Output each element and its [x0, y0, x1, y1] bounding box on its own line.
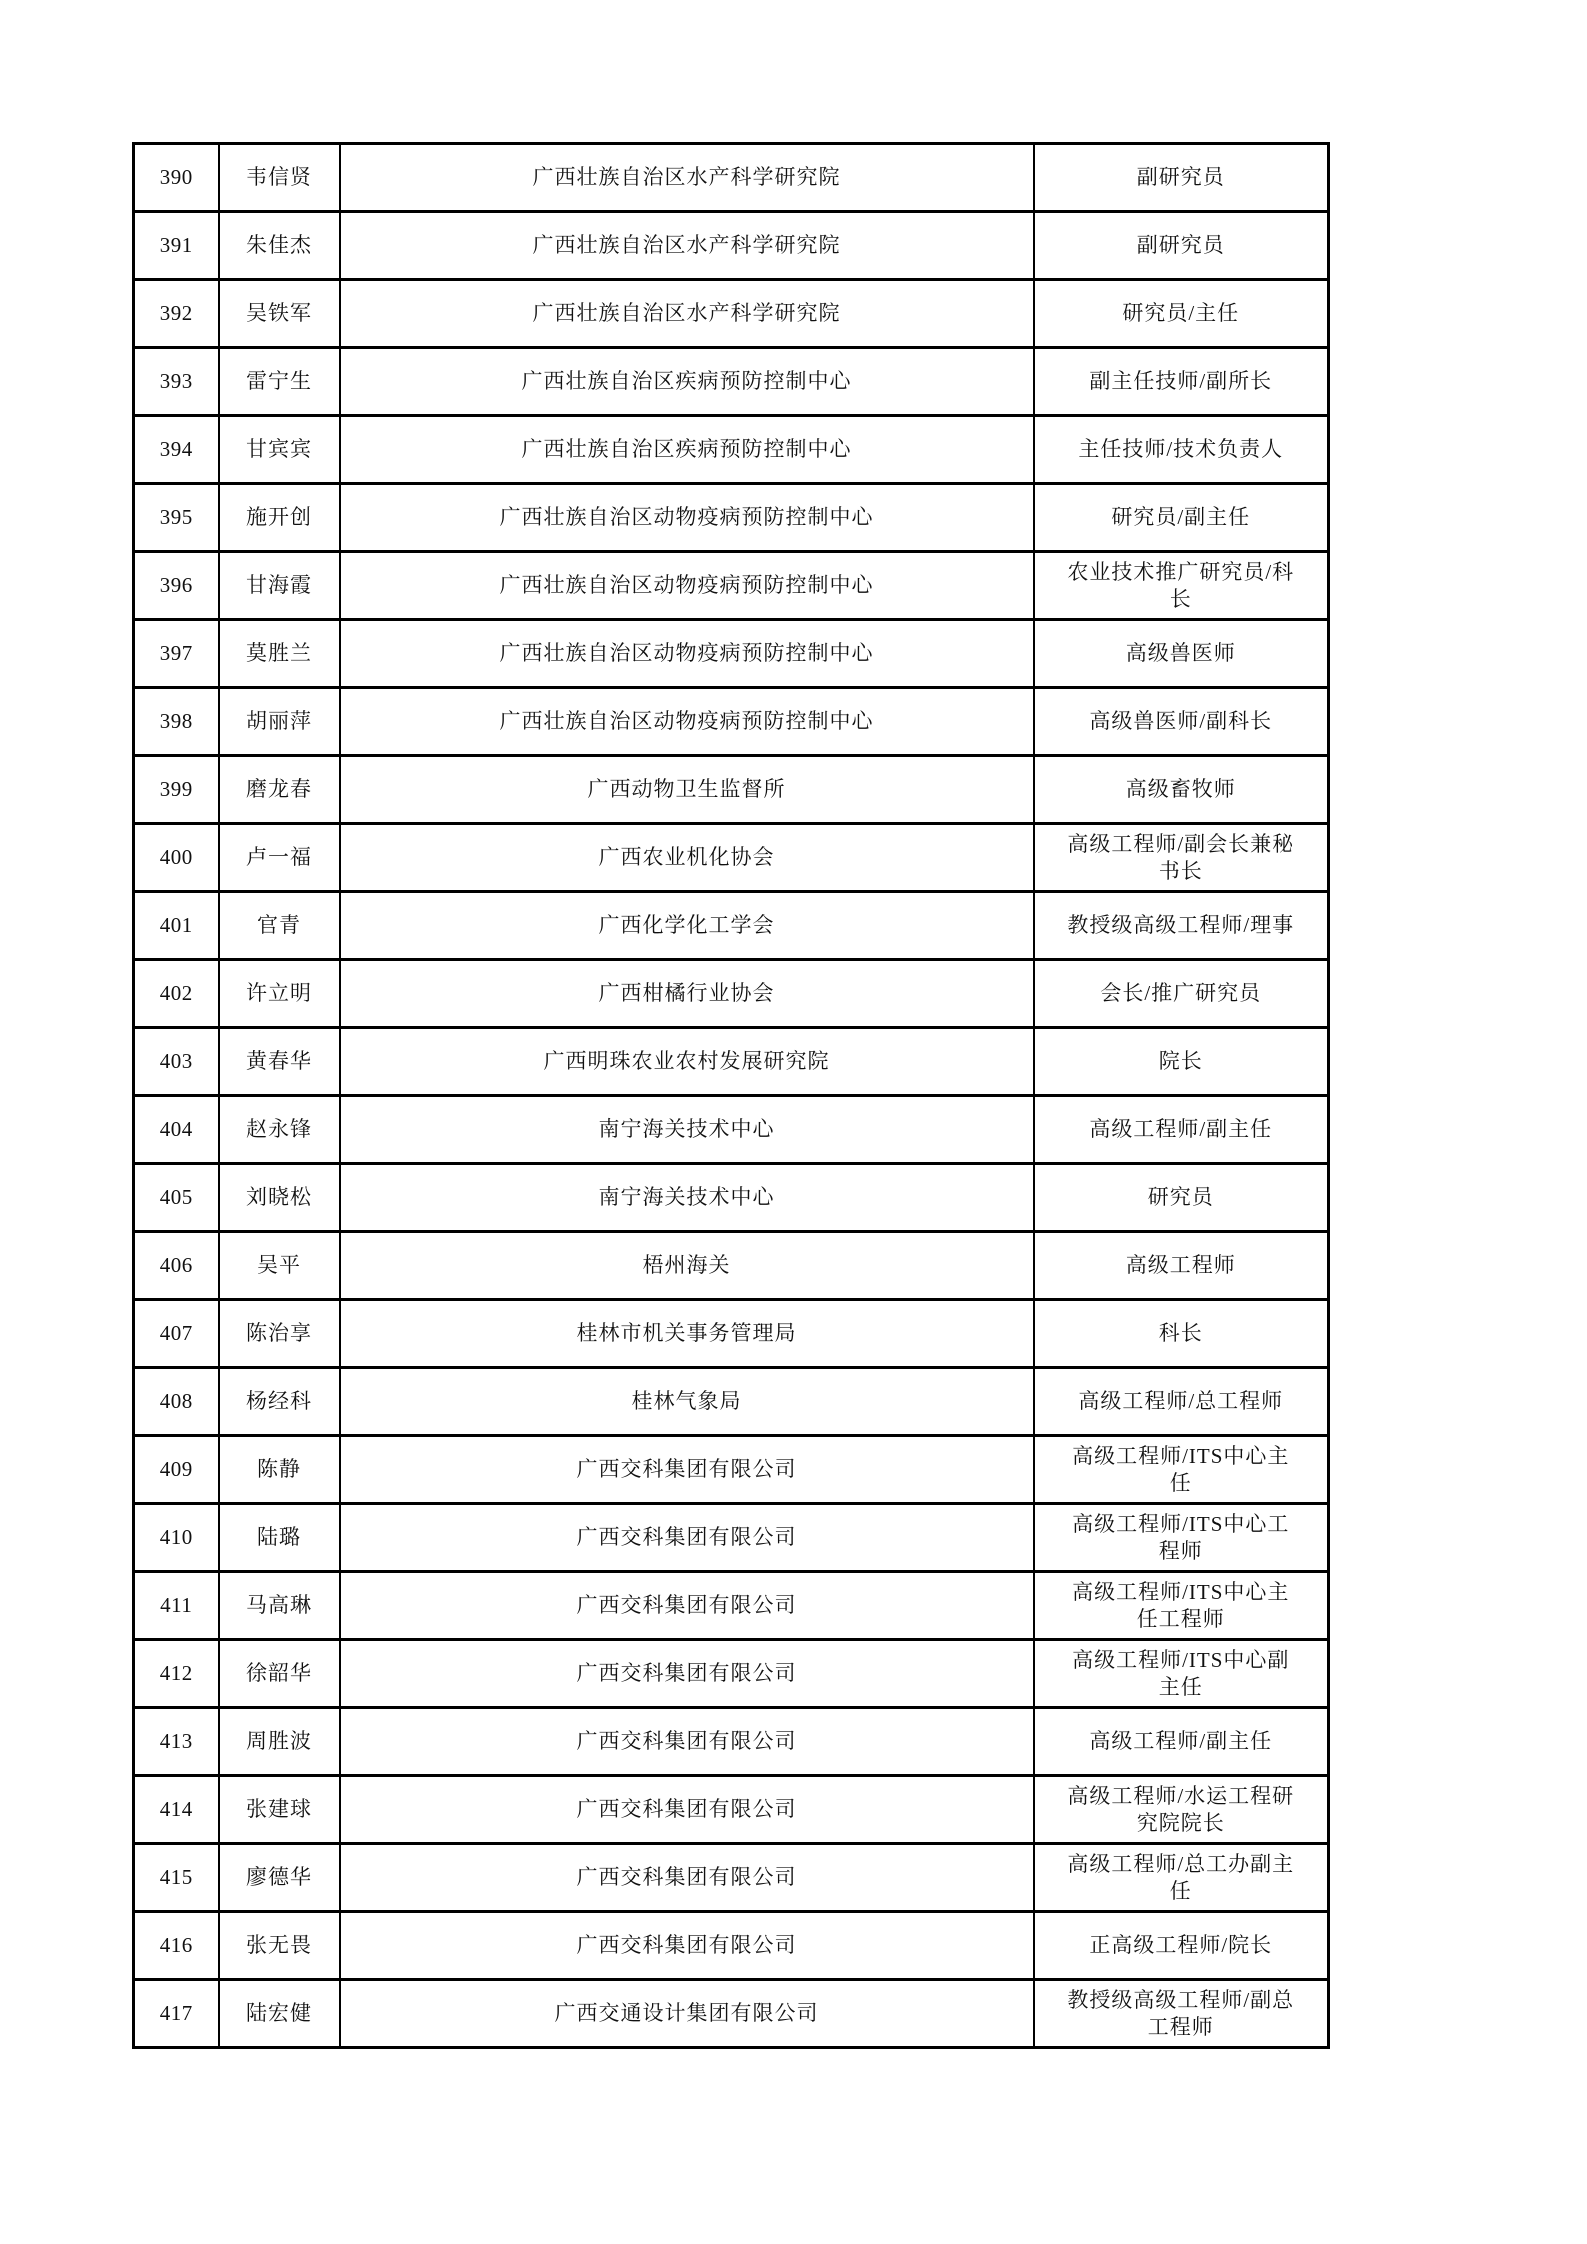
row-number-cell: 404 [134, 1096, 219, 1164]
name-cell: 官青 [219, 892, 340, 960]
title-cell: 高级工程师/副会长兼秘书长 [1034, 824, 1329, 892]
row-number-cell: 390 [134, 144, 219, 212]
title-cell: 教授级高级工程师/副总工程师 [1034, 1980, 1329, 2048]
organization-cell: 广西交科集团有限公司 [340, 1912, 1034, 1980]
row-number-cell: 395 [134, 484, 219, 552]
table-row: 395施开创广西壮族自治区动物疫病预防控制中心研究员/副主任 [134, 484, 1329, 552]
title-cell: 高级工程师/总工程师 [1034, 1368, 1329, 1436]
row-number-cell: 392 [134, 280, 219, 348]
table-row: 390韦信贤广西壮族自治区水产科学研究院副研究员 [134, 144, 1329, 212]
name-cell: 吴平 [219, 1232, 340, 1300]
name-cell: 陈静 [219, 1436, 340, 1504]
table-row: 397莫胜兰广西壮族自治区动物疫病预防控制中心高级兽医师 [134, 620, 1329, 688]
table-row: 415廖德华广西交科集团有限公司高级工程师/总工办副主任 [134, 1844, 1329, 1912]
name-cell: 雷宁生 [219, 348, 340, 416]
table-row: 394甘宾宾广西壮族自治区疾病预防控制中心主任技师/技术负责人 [134, 416, 1329, 484]
name-cell: 刘晓松 [219, 1164, 340, 1232]
name-cell: 施开创 [219, 484, 340, 552]
name-cell: 卢一福 [219, 824, 340, 892]
name-cell: 朱佳杰 [219, 212, 340, 280]
organization-cell: 广西交科集团有限公司 [340, 1436, 1034, 1504]
organization-cell: 南宁海关技术中心 [340, 1164, 1034, 1232]
title-cell: 副研究员 [1034, 144, 1329, 212]
row-number-cell: 412 [134, 1640, 219, 1708]
title-cell: 高级畜牧师 [1034, 756, 1329, 824]
table-row: 400卢一福广西农业机化协会高级工程师/副会长兼秘书长 [134, 824, 1329, 892]
organization-cell: 广西壮族自治区水产科学研究院 [340, 144, 1034, 212]
organization-cell: 梧州海关 [340, 1232, 1034, 1300]
table-row: 411马高琳广西交科集团有限公司高级工程师/ITS中心主任工程师 [134, 1572, 1329, 1640]
organization-cell: 广西明珠农业农村发展研究院 [340, 1028, 1034, 1096]
title-cell: 高级兽医师 [1034, 620, 1329, 688]
name-cell: 陈治享 [219, 1300, 340, 1368]
row-number-cell: 401 [134, 892, 219, 960]
row-number-cell: 400 [134, 824, 219, 892]
document-page: 390韦信贤广西壮族自治区水产科学研究院副研究员391朱佳杰广西壮族自治区水产科… [0, 0, 1587, 2244]
row-number-cell: 398 [134, 688, 219, 756]
organization-cell: 广西壮族自治区疾病预防控制中心 [340, 416, 1034, 484]
name-cell: 韦信贤 [219, 144, 340, 212]
row-number-cell: 391 [134, 212, 219, 280]
title-cell: 高级工程师/ITS中心主任 [1034, 1436, 1329, 1504]
row-number-cell: 407 [134, 1300, 219, 1368]
name-cell: 胡丽萍 [219, 688, 340, 756]
organization-cell: 广西化学化工学会 [340, 892, 1034, 960]
title-cell: 研究员/副主任 [1034, 484, 1329, 552]
table-row: 391朱佳杰广西壮族自治区水产科学研究院副研究员 [134, 212, 1329, 280]
row-number-cell: 397 [134, 620, 219, 688]
organization-cell: 南宁海关技术中心 [340, 1096, 1034, 1164]
title-cell: 高级工程师/水运工程研究院院长 [1034, 1776, 1329, 1844]
title-cell: 副研究员 [1034, 212, 1329, 280]
table-row: 410陆璐广西交科集团有限公司高级工程师/ITS中心工程师 [134, 1504, 1329, 1572]
organization-cell: 广西交科集团有限公司 [340, 1776, 1034, 1844]
organization-cell: 广西壮族自治区水产科学研究院 [340, 212, 1034, 280]
organization-cell: 广西壮族自治区动物疫病预防控制中心 [340, 688, 1034, 756]
name-cell: 张无畏 [219, 1912, 340, 1980]
organization-cell: 桂林气象局 [340, 1368, 1034, 1436]
title-cell: 研究员/主任 [1034, 280, 1329, 348]
organization-cell: 广西交科集团有限公司 [340, 1640, 1034, 1708]
table-row: 396甘海霞广西壮族自治区动物疫病预防控制中心农业技术推广研究员/科长 [134, 552, 1329, 620]
table-row: 405刘晓松南宁海关技术中心研究员 [134, 1164, 1329, 1232]
title-cell: 教授级高级工程师/理事 [1034, 892, 1329, 960]
table-row: 399磨龙春广西动物卫生监督所高级畜牧师 [134, 756, 1329, 824]
name-cell: 张建球 [219, 1776, 340, 1844]
title-cell: 高级兽医师/副科长 [1034, 688, 1329, 756]
organization-cell: 广西农业机化协会 [340, 824, 1034, 892]
title-cell: 高级工程师/ITS中心副主任 [1034, 1640, 1329, 1708]
name-cell: 黄春华 [219, 1028, 340, 1096]
organization-cell: 广西壮族自治区动物疫病预防控制中心 [340, 552, 1034, 620]
row-number-cell: 413 [134, 1708, 219, 1776]
name-cell: 甘海霞 [219, 552, 340, 620]
organization-cell: 广西柑橘行业协会 [340, 960, 1034, 1028]
name-cell: 莫胜兰 [219, 620, 340, 688]
name-cell: 赵永锋 [219, 1096, 340, 1164]
row-number-cell: 405 [134, 1164, 219, 1232]
name-cell: 甘宾宾 [219, 416, 340, 484]
table-row: 406吴平梧州海关高级工程师 [134, 1232, 1329, 1300]
table-row: 393雷宁生广西壮族自治区疾病预防控制中心副主任技师/副所长 [134, 348, 1329, 416]
name-cell: 磨龙春 [219, 756, 340, 824]
title-cell: 高级工程师 [1034, 1232, 1329, 1300]
table-row: 404赵永锋南宁海关技术中心高级工程师/副主任 [134, 1096, 1329, 1164]
table-row: 398胡丽萍广西壮族自治区动物疫病预防控制中心高级兽医师/副科长 [134, 688, 1329, 756]
title-cell: 高级工程师/总工办副主任 [1034, 1844, 1329, 1912]
row-number-cell: 415 [134, 1844, 219, 1912]
name-cell: 许立明 [219, 960, 340, 1028]
name-cell: 吴铁军 [219, 280, 340, 348]
row-number-cell: 394 [134, 416, 219, 484]
title-cell: 科长 [1034, 1300, 1329, 1368]
row-number-cell: 409 [134, 1436, 219, 1504]
name-cell: 杨经科 [219, 1368, 340, 1436]
row-number-cell: 406 [134, 1232, 219, 1300]
row-number-cell: 410 [134, 1504, 219, 1572]
table-row: 392吴铁军广西壮族自治区水产科学研究院研究员/主任 [134, 280, 1329, 348]
organization-cell: 广西壮族自治区疾病预防控制中心 [340, 348, 1034, 416]
name-cell: 徐韶华 [219, 1640, 340, 1708]
row-number-cell: 403 [134, 1028, 219, 1096]
name-cell: 马高琳 [219, 1572, 340, 1640]
name-cell: 陆璐 [219, 1504, 340, 1572]
table-row: 417陆宏健广西交通设计集团有限公司教授级高级工程师/副总工程师 [134, 1980, 1329, 2048]
organization-cell: 广西交通设计集团有限公司 [340, 1980, 1034, 2048]
organization-cell: 广西壮族自治区动物疫病预防控制中心 [340, 484, 1034, 552]
title-cell: 高级工程师/ITS中心主任工程师 [1034, 1572, 1329, 1640]
table-row: 412徐韶华广西交科集团有限公司高级工程师/ITS中心副主任 [134, 1640, 1329, 1708]
personnel-table: 390韦信贤广西壮族自治区水产科学研究院副研究员391朱佳杰广西壮族自治区水产科… [132, 142, 1330, 2049]
organization-cell: 广西壮族自治区动物疫病预防控制中心 [340, 620, 1034, 688]
organization-cell: 广西交科集团有限公司 [340, 1572, 1034, 1640]
table-row: 408杨经科桂林气象局高级工程师/总工程师 [134, 1368, 1329, 1436]
table-row: 413周胜波广西交科集团有限公司高级工程师/副主任 [134, 1708, 1329, 1776]
name-cell: 周胜波 [219, 1708, 340, 1776]
row-number-cell: 402 [134, 960, 219, 1028]
table-row: 407陈治享桂林市机关事务管理局科长 [134, 1300, 1329, 1368]
table-row: 416张无畏广西交科集团有限公司正高级工程师/院长 [134, 1912, 1329, 1980]
row-number-cell: 393 [134, 348, 219, 416]
title-cell: 正高级工程师/院长 [1034, 1912, 1329, 1980]
title-cell: 高级工程师/ITS中心工程师 [1034, 1504, 1329, 1572]
organization-cell: 广西动物卫生监督所 [340, 756, 1034, 824]
organization-cell: 广西壮族自治区水产科学研究院 [340, 280, 1034, 348]
title-cell: 主任技师/技术负责人 [1034, 416, 1329, 484]
row-number-cell: 414 [134, 1776, 219, 1844]
roster-body: 390韦信贤广西壮族自治区水产科学研究院副研究员391朱佳杰广西壮族自治区水产科… [134, 144, 1329, 2048]
table-row: 402许立明广西柑橘行业协会会长/推广研究员 [134, 960, 1329, 1028]
table-row: 401官青广西化学化工学会教授级高级工程师/理事 [134, 892, 1329, 960]
row-number-cell: 399 [134, 756, 219, 824]
table-row: 403黄春华广西明珠农业农村发展研究院院长 [134, 1028, 1329, 1096]
title-cell: 高级工程师/副主任 [1034, 1096, 1329, 1164]
organization-cell: 广西交科集团有限公司 [340, 1844, 1034, 1912]
organization-cell: 桂林市机关事务管理局 [340, 1300, 1034, 1368]
title-cell: 院长 [1034, 1028, 1329, 1096]
organization-cell: 广西交科集团有限公司 [340, 1708, 1034, 1776]
name-cell: 陆宏健 [219, 1980, 340, 2048]
table-row: 414张建球广西交科集团有限公司高级工程师/水运工程研究院院长 [134, 1776, 1329, 1844]
table-row: 409陈静广西交科集团有限公司高级工程师/ITS中心主任 [134, 1436, 1329, 1504]
row-number-cell: 417 [134, 1980, 219, 2048]
row-number-cell: 416 [134, 1912, 219, 1980]
title-cell: 副主任技师/副所长 [1034, 348, 1329, 416]
row-number-cell: 411 [134, 1572, 219, 1640]
title-cell: 农业技术推广研究员/科长 [1034, 552, 1329, 620]
title-cell: 会长/推广研究员 [1034, 960, 1329, 1028]
row-number-cell: 408 [134, 1368, 219, 1436]
name-cell: 廖德华 [219, 1844, 340, 1912]
row-number-cell: 396 [134, 552, 219, 620]
organization-cell: 广西交科集团有限公司 [340, 1504, 1034, 1572]
title-cell: 高级工程师/副主任 [1034, 1708, 1329, 1776]
title-cell: 研究员 [1034, 1164, 1329, 1232]
